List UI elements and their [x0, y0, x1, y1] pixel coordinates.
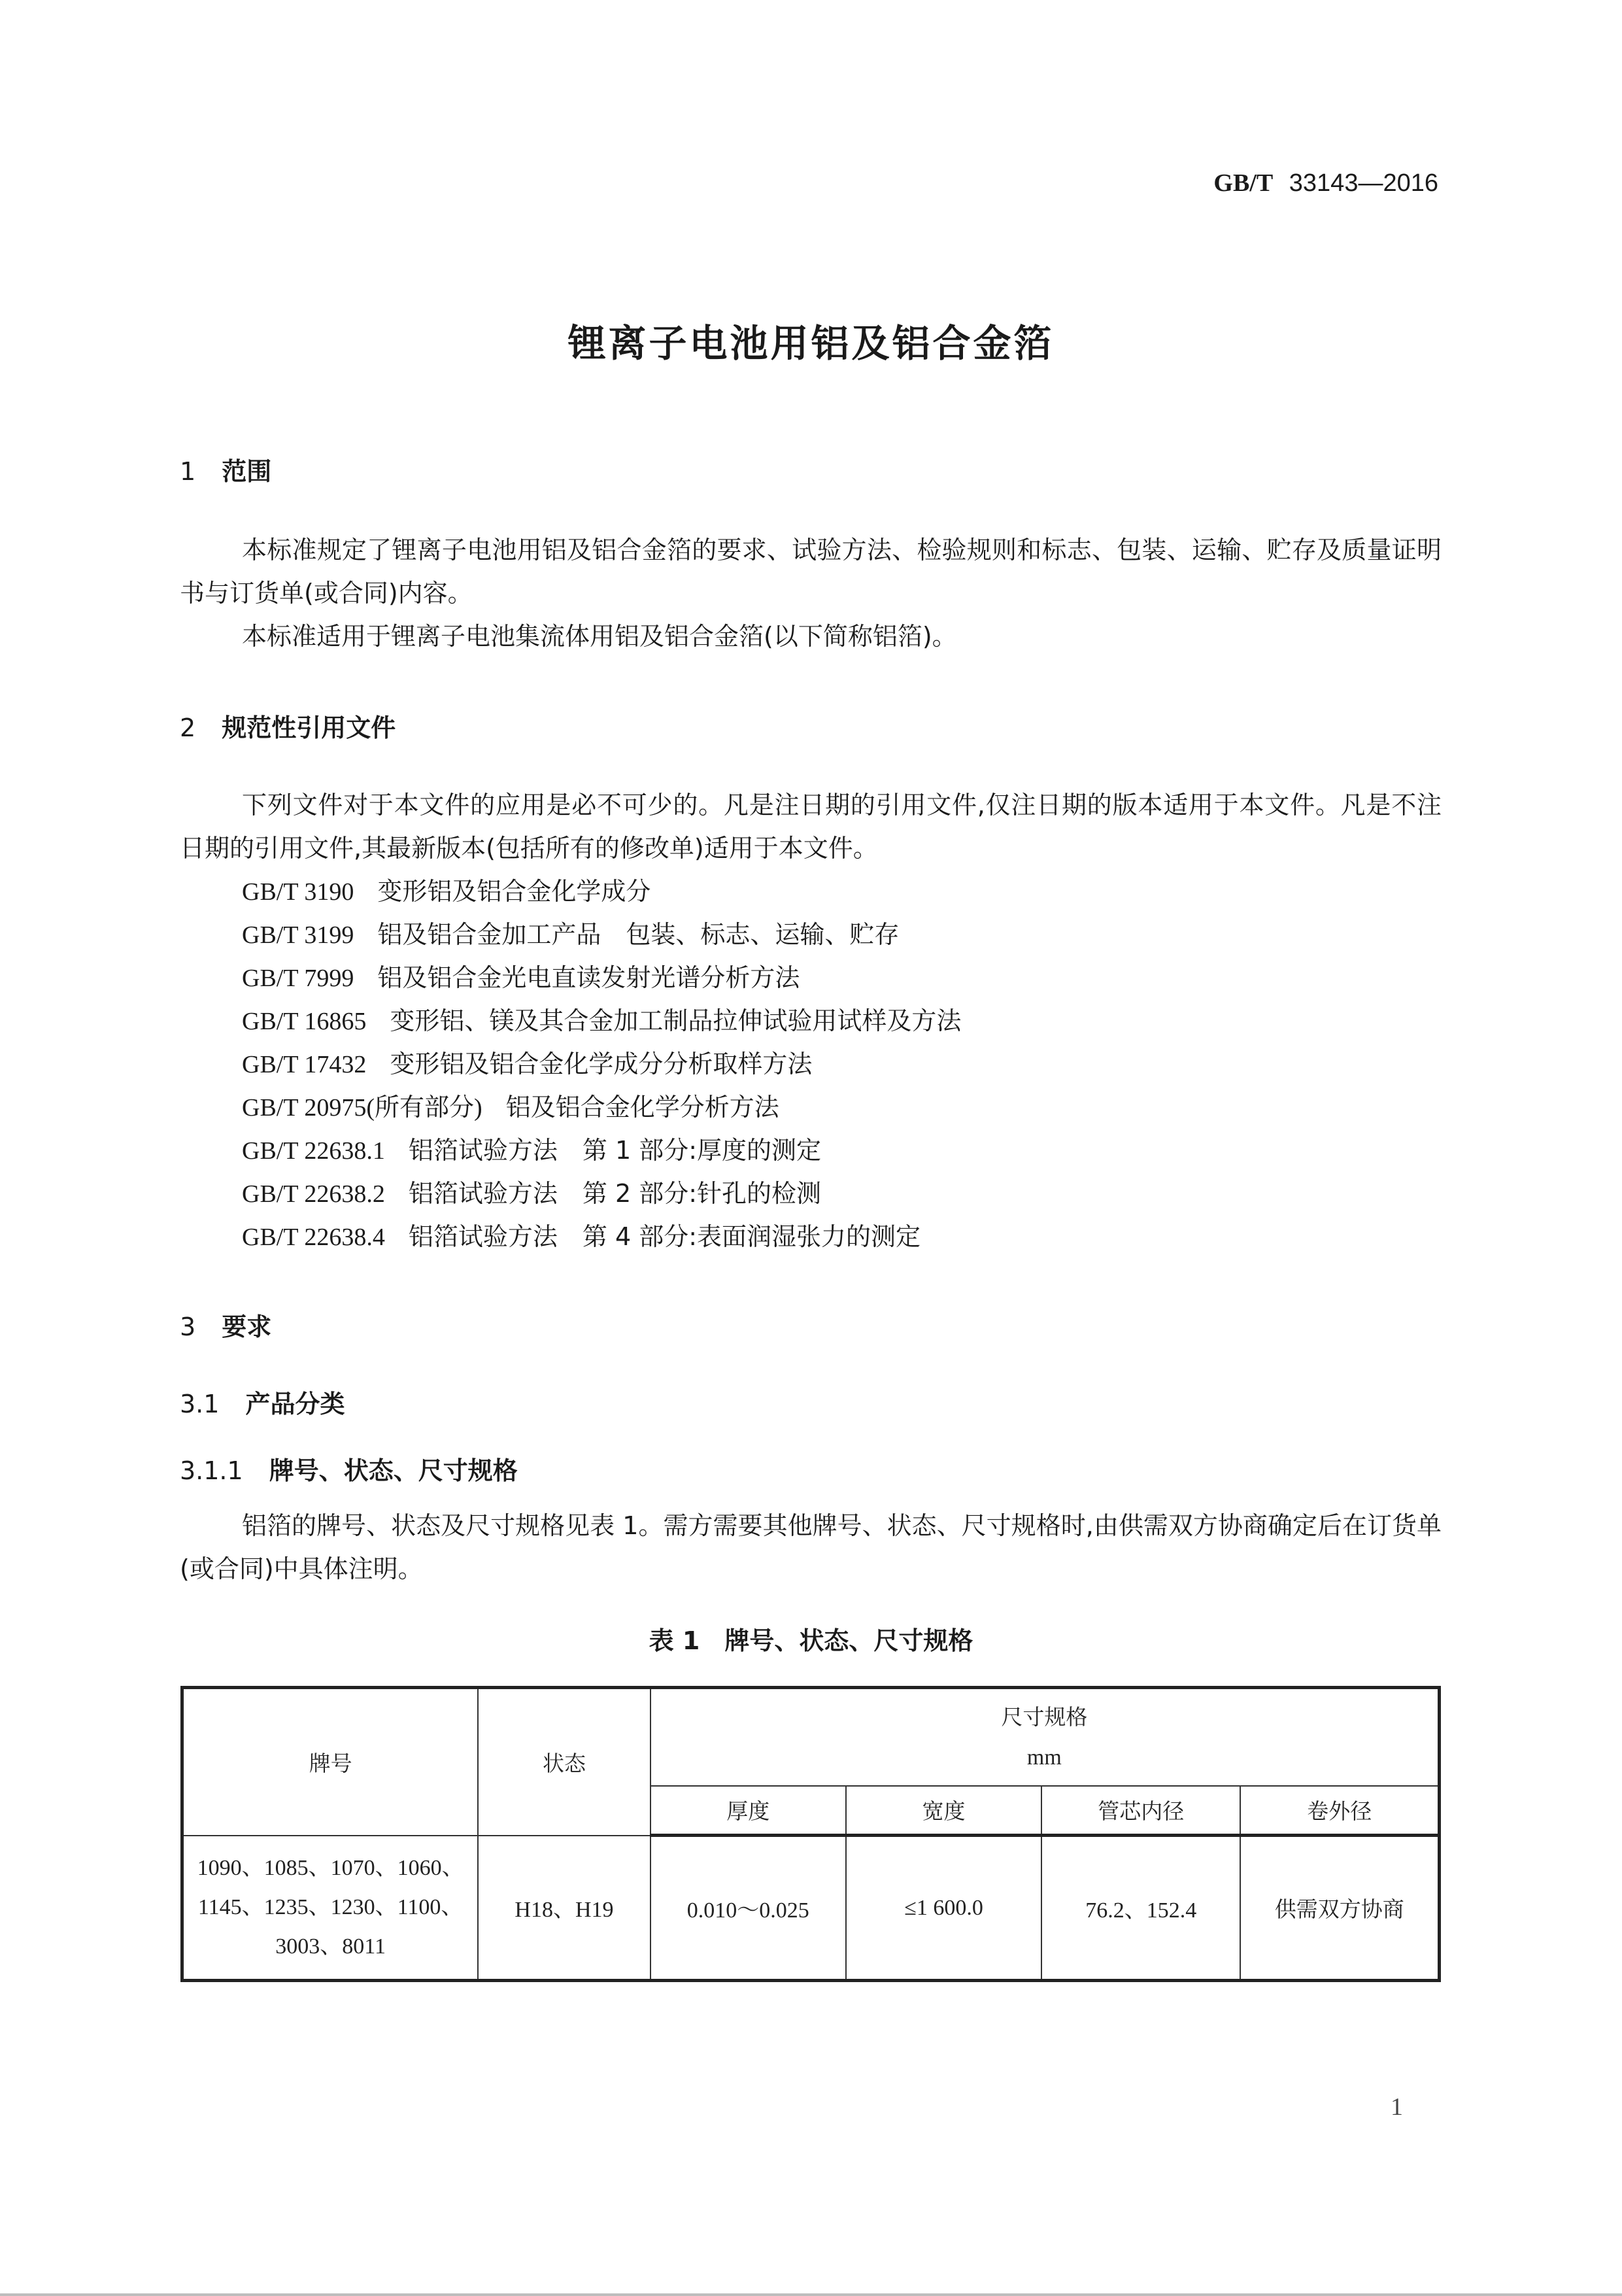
reference-item: GB/T 16865变形铝、镁及其合金加工制品拉伸试验用试样及方法 — [242, 999, 961, 1042]
grade-line: 1090、1085、1070、1060、 — [184, 1849, 477, 1888]
page-bottom-edge — [0, 2293, 1622, 2296]
reference-title: 铝箔试验方法 第 2 部分:针孔的检测 — [409, 1179, 821, 1208]
reference-title: 铝及铝合金化学分析方法 — [506, 1093, 779, 1122]
standard-code: GB/T 33143—2016 — [1213, 169, 1438, 197]
header-grade: 牌号 — [182, 1688, 479, 1836]
cell-grade: 1090、1085、1070、1060、 1145、1235、1230、1100… — [182, 1836, 479, 1981]
document-title: 锂离子电池用铝及铝合金箔 — [0, 313, 1622, 368]
header-thickness: 厚度 — [650, 1786, 846, 1836]
reference-item: GB/T 3190变形铝及铝合金化学成分 — [242, 870, 961, 913]
header-core-inner-diameter: 管芯内径 — [1041, 1786, 1240, 1836]
reference-title: 变形铝及铝合金化学成分 — [377, 877, 650, 906]
section-3-1-heading: 3.1产品分类 — [180, 1384, 345, 1420]
normative-references-list: GB/T 3190变形铝及铝合金化学成分 GB/T 3199铝及铝合金加工产品 … — [242, 870, 961, 1258]
section-number: 3.1.1 — [180, 1456, 243, 1485]
cell-thickness: 0.010～0.025 — [650, 1836, 846, 1981]
header-coil-outer-diameter: 卷外径 — [1240, 1786, 1439, 1836]
page-number: 1 — [1391, 2093, 1403, 2121]
section-3-1-1-heading: 3.1.1牌号、状态、尺寸规格 — [180, 1450, 518, 1486]
cell-coil-outer-diameter: 供需双方协商 — [1240, 1836, 1439, 1981]
reference-title: 铝及铝合金加工产品 包装、标志、运输、贮存 — [377, 920, 899, 949]
reference-title: 变形铝及铝合金化学成分分析取样方法 — [390, 1050, 812, 1078]
grade-line: 3003、8011 — [184, 1927, 477, 1966]
section-1-heading: 1范围 — [180, 451, 271, 487]
section-number: 3.1 — [180, 1390, 219, 1418]
reference-item: GB/T 3199铝及铝合金加工产品 包装、标志、运输、贮存 — [242, 913, 961, 956]
grade-line: 1145、1235、1230、1100、 — [184, 1888, 477, 1927]
reference-item: GB/T 7999铝及铝合金光电直读发射光谱分析方法 — [242, 956, 961, 999]
section-number: 3 — [180, 1312, 195, 1341]
section-title: 牌号、状态、尺寸规格 — [269, 1456, 518, 1485]
spec-table: 牌号 状态 尺寸规格 mm 厚度 宽度 管芯内径 卷外径 1090、1085、1… — [180, 1686, 1441, 1982]
reference-title: 铝及铝合金光电直读发射光谱分析方法 — [377, 963, 800, 992]
header-dimensions: 尺寸规格 mm — [650, 1688, 1440, 1786]
reference-code: GB/T 22638.1 — [242, 1137, 385, 1165]
cell-core-inner-diameter: 76.2、152.4 — [1041, 1836, 1240, 1981]
reference-code: GB/T 16865 — [242, 1008, 366, 1035]
cell-width: ≤1 600.0 — [846, 1836, 1041, 1981]
section-2-heading: 2规范性引用文件 — [180, 708, 396, 744]
section-title: 范围 — [222, 457, 271, 486]
reference-title: 变形铝、镁及其合金加工制品拉伸试验用试样及方法 — [390, 1006, 961, 1035]
reference-code: GB/T 7999 — [242, 965, 354, 992]
reference-code: GB/T 22638.4 — [242, 1224, 385, 1251]
section-title: 产品分类 — [245, 1390, 345, 1418]
section-1-paragraph-1: 本标准规定了锂离子电池用铝及铝合金箔的要求、试验方法、检验规则和标志、包装、运输… — [180, 528, 1442, 615]
section-title: 规范性引用文件 — [222, 713, 396, 742]
reference-item: GB/T 22638.4铝箔试验方法 第 4 部分:表面润湿张力的测定 — [242, 1215, 961, 1258]
reference-code: GB/T 22638.2 — [242, 1180, 385, 1208]
reference-item: GB/T 22638.1铝箔试验方法 第 1 部分:厚度的测定 — [242, 1129, 961, 1172]
standard-prefix: GB/T — [1213, 169, 1273, 197]
reference-item: GB/T 20975(所有部分)铝及铝合金化学分析方法 — [242, 1086, 961, 1129]
header-width: 宽度 — [846, 1786, 1041, 1836]
section-number: 2 — [180, 713, 195, 742]
reference-title: 铝箔试验方法 第 1 部分:厚度的测定 — [409, 1136, 821, 1165]
table-caption: 表 1 牌号、状态、尺寸规格 — [0, 1620, 1622, 1656]
section-1-paragraph-2: 本标准适用于锂离子电池集流体用铝及铝合金箔(以下简称铝箔)。 — [180, 615, 1442, 658]
header-dimensions-label: 尺寸规格 — [651, 1696, 1438, 1738]
section-title: 要求 — [222, 1312, 271, 1341]
reference-code: GB/T 17432 — [242, 1051, 366, 1078]
section-2-intro: 下列文件对于本文件的应用是必不可少的。凡是注日期的引用文件,仅注日期的版本适用于… — [180, 783, 1442, 870]
reference-title: 铝箔试验方法 第 4 部分:表面润湿张力的测定 — [409, 1222, 921, 1251]
section-3-heading: 3要求 — [180, 1307, 271, 1343]
standard-number: 33143—2016 — [1289, 169, 1438, 197]
table-row: 1090、1085、1070、1060、 1145、1235、1230、1100… — [182, 1836, 1440, 1981]
reference-code: GB/T 3199 — [242, 921, 354, 949]
header-unit: mm — [651, 1738, 1438, 1777]
reference-item: GB/T 17432变形铝及铝合金化学成分分析取样方法 — [242, 1042, 961, 1086]
reference-code: GB/T 20975(所有部分) — [242, 1094, 482, 1122]
section-number: 1 — [180, 457, 195, 486]
header-temper: 状态 — [478, 1688, 650, 1836]
reference-item: GB/T 22638.2铝箔试验方法 第 2 部分:针孔的检测 — [242, 1172, 961, 1215]
section-3-1-1-paragraph: 铝箔的牌号、状态及尺寸规格见表 1。需方需要其他牌号、状态、尺寸规格时,由供需双… — [180, 1504, 1442, 1590]
cell-temper: H18、H19 — [478, 1836, 650, 1981]
reference-code: GB/T 3190 — [242, 878, 354, 906]
